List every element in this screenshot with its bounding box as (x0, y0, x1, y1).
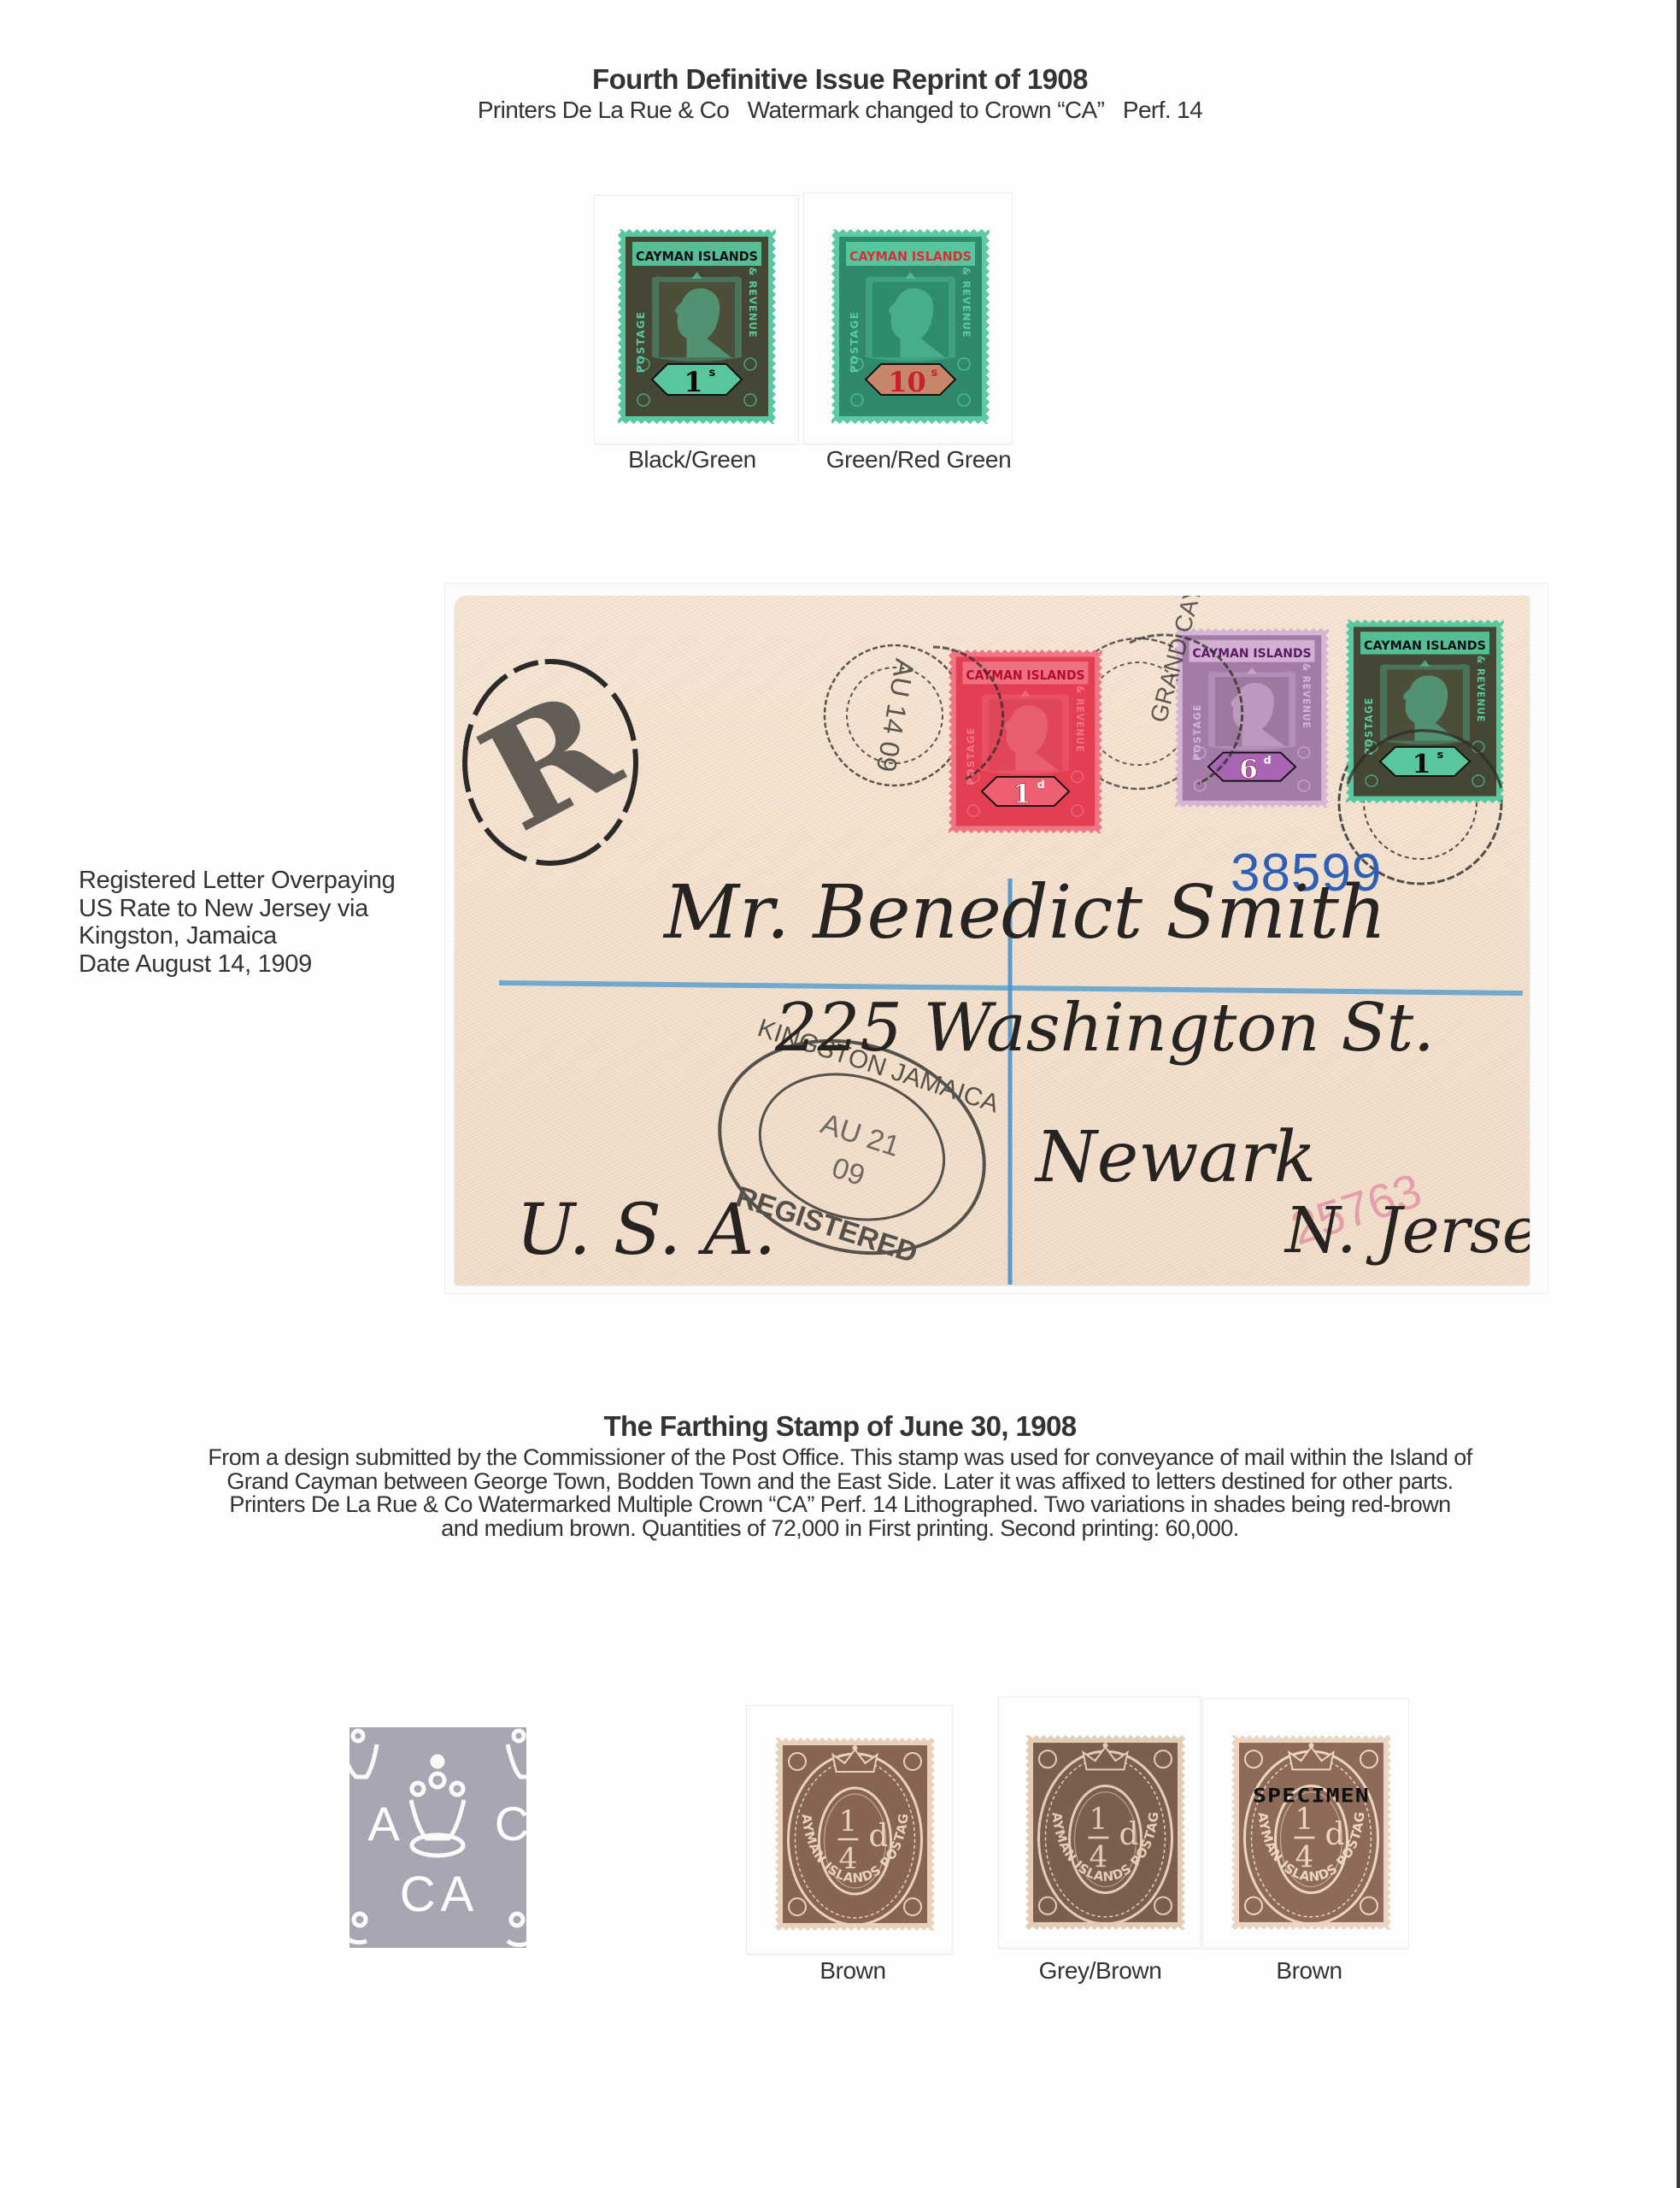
section-1-title: Fourth Definitive Issue Reprint of 1908 (0, 63, 1680, 96)
cover-stamp-1s-black-green: CAYMAN ISLANDS POSTAGE & REVENUE 1 s (1346, 620, 1504, 803)
svg-text:s: s (709, 367, 716, 379)
address-line: 225 Washington St. (774, 990, 1435, 1067)
stamp-caption: Green/Red Green (803, 446, 1034, 473)
svg-text:d: d (1264, 755, 1272, 767)
svg-text:d: d (1325, 1815, 1345, 1852)
svg-text:1: 1 (1295, 1803, 1314, 1837)
svg-text:6: 6 (1239, 756, 1258, 785)
svg-text:& REVENUE: & REVENUE (1301, 663, 1312, 729)
watermark-crown-ca-illustration: A C CA (350, 1727, 526, 1948)
cover-description-line: US Rate to New Jersey via (79, 895, 455, 923)
cover-description-line: Registered Letter Overpaying (79, 867, 455, 895)
svg-text:CAYMAN ISLANDS: CAYMAN ISLANDS (966, 668, 1084, 683)
svg-text:POSTAGE: POSTAGE (1363, 697, 1375, 756)
registered-cover: R AU 14 09 38599 KINGSTON JAMAICA A (455, 596, 1530, 1285)
stamp-caption: Grey/Brown (987, 1957, 1213, 1985)
svg-text:s: s (1437, 749, 1444, 762)
stamp-1s-black-green: CAYMAN ISLANDS POSTAGE & REVENUE 1 s (618, 229, 776, 424)
cover-stamp-6d-purple: CAYMAN ISLANDS POSTAGE & REVENUE 6 d (1175, 628, 1329, 808)
svg-text:CAYMAN ISLANDS: CAYMAN ISLANDS (849, 249, 972, 264)
svg-text:POSTAGE: POSTAGE (1191, 703, 1203, 761)
svg-text:CA: CA (400, 1867, 479, 1922)
svg-text:1: 1 (839, 1804, 858, 1838)
svg-text:1: 1 (684, 366, 702, 398)
page-edge (1677, 0, 1680, 2188)
stamp-10s-green-red: CAYMAN ISLANDS POSTAGE & REVENUE 10 s (831, 229, 990, 424)
address-line: Newark (1034, 1117, 1316, 1198)
address-country: U. S. A. (516, 1190, 776, 1271)
svg-text:POSTAGE: POSTAGE (635, 311, 647, 373)
stamp-caption: Brown (1202, 1957, 1416, 1985)
cover-description: Registered Letter Overpaying US Rate to … (79, 867, 455, 978)
origin-postmark: AU 14 09 (825, 645, 965, 785)
svg-text:1: 1 (1412, 750, 1430, 779)
section-2-description: From a design submitted by the Commissio… (0, 1446, 1680, 1540)
svg-text:C: C (495, 1797, 526, 1850)
description-line: Grand Cayman between George Town, Bodden… (0, 1470, 1680, 1494)
cover-description-line: Kingston, Jamaica (79, 922, 455, 950)
svg-text:s: s (931, 367, 938, 379)
farthing-stamp-brown: CAYMAN ISLANDS POSTAGE 1 4 d (775, 1738, 935, 1931)
svg-text:4: 4 (1090, 1840, 1108, 1874)
svg-text:1: 1 (1013, 779, 1031, 809)
svg-text:AU 21: AU 21 (817, 1108, 904, 1163)
farthing-stamp-specimen: CAYMAN ISLANDS POSTAGE 1 4 d SPECIMEN (1231, 1735, 1391, 1930)
svg-text:& REVENUE: & REVENUE (960, 267, 972, 338)
description-line: From a design submitted by the Commissio… (0, 1446, 1680, 1470)
registration-r-handstamp: R (456, 656, 644, 865)
svg-text:CAYMAN ISLANDS: CAYMAN ISLANDS (1364, 638, 1486, 652)
svg-text:A: A (367, 1797, 400, 1850)
svg-text:POSTAGE: POSTAGE (965, 726, 977, 785)
cover-stamp-1d-red: CAYMAN ISLANDS POSTAGE & REVENUE 1 d (949, 650, 1102, 833)
svg-text:1: 1 (1090, 1803, 1108, 1837)
stamp-caption: Black/Green (594, 446, 790, 473)
svg-text:09: 09 (828, 1151, 869, 1192)
svg-text:POSTAGE: POSTAGE (849, 311, 861, 373)
farthing-stamp-grey-brown: CAYMAN ISLANDS POSTAGE 1 4 d (1025, 1735, 1185, 1930)
svg-text:4: 4 (839, 1842, 858, 1876)
svg-text:d: d (1037, 778, 1045, 791)
svg-text:4: 4 (1295, 1840, 1314, 1874)
section-1-subtitle: Printers De La Rue & Co Watermark change… (0, 97, 1680, 124)
crown-icon (411, 1756, 464, 1856)
svg-text:10: 10 (888, 366, 926, 398)
stamp-caption: Brown (746, 1957, 960, 1985)
svg-text:AU 14 09: AU 14 09 (871, 656, 921, 774)
section-2-title: The Farthing Stamp of June 30, 1908 (0, 1410, 1680, 1443)
svg-text:SPECIMEN: SPECIMEN (1253, 1785, 1370, 1808)
description-line: Printers De La Rue & Co Watermarked Mult… (0, 1493, 1680, 1517)
svg-text:CAYMAN ISLANDS: CAYMAN ISLANDS (1192, 646, 1311, 661)
cover-description-line: Date August 14, 1909 (79, 950, 455, 979)
svg-text:R: R (456, 656, 644, 865)
svg-text:CAYMAN ISLANDS: CAYMAN ISLANDS (636, 249, 758, 264)
svg-text:& REVENUE: & REVENUE (1074, 685, 1085, 752)
address-line: N. Jersey. (1283, 1194, 1530, 1268)
description-line: and medium brown. Quantities of 72,000 i… (0, 1517, 1680, 1541)
svg-text:& REVENUE: & REVENUE (1475, 656, 1486, 722)
svg-text:d: d (1119, 1815, 1139, 1852)
svg-text:d: d (869, 1819, 889, 1854)
address-line: Mr. Benedict Smith (662, 870, 1386, 956)
svg-text:& REVENUE: & REVENUE (747, 267, 759, 338)
